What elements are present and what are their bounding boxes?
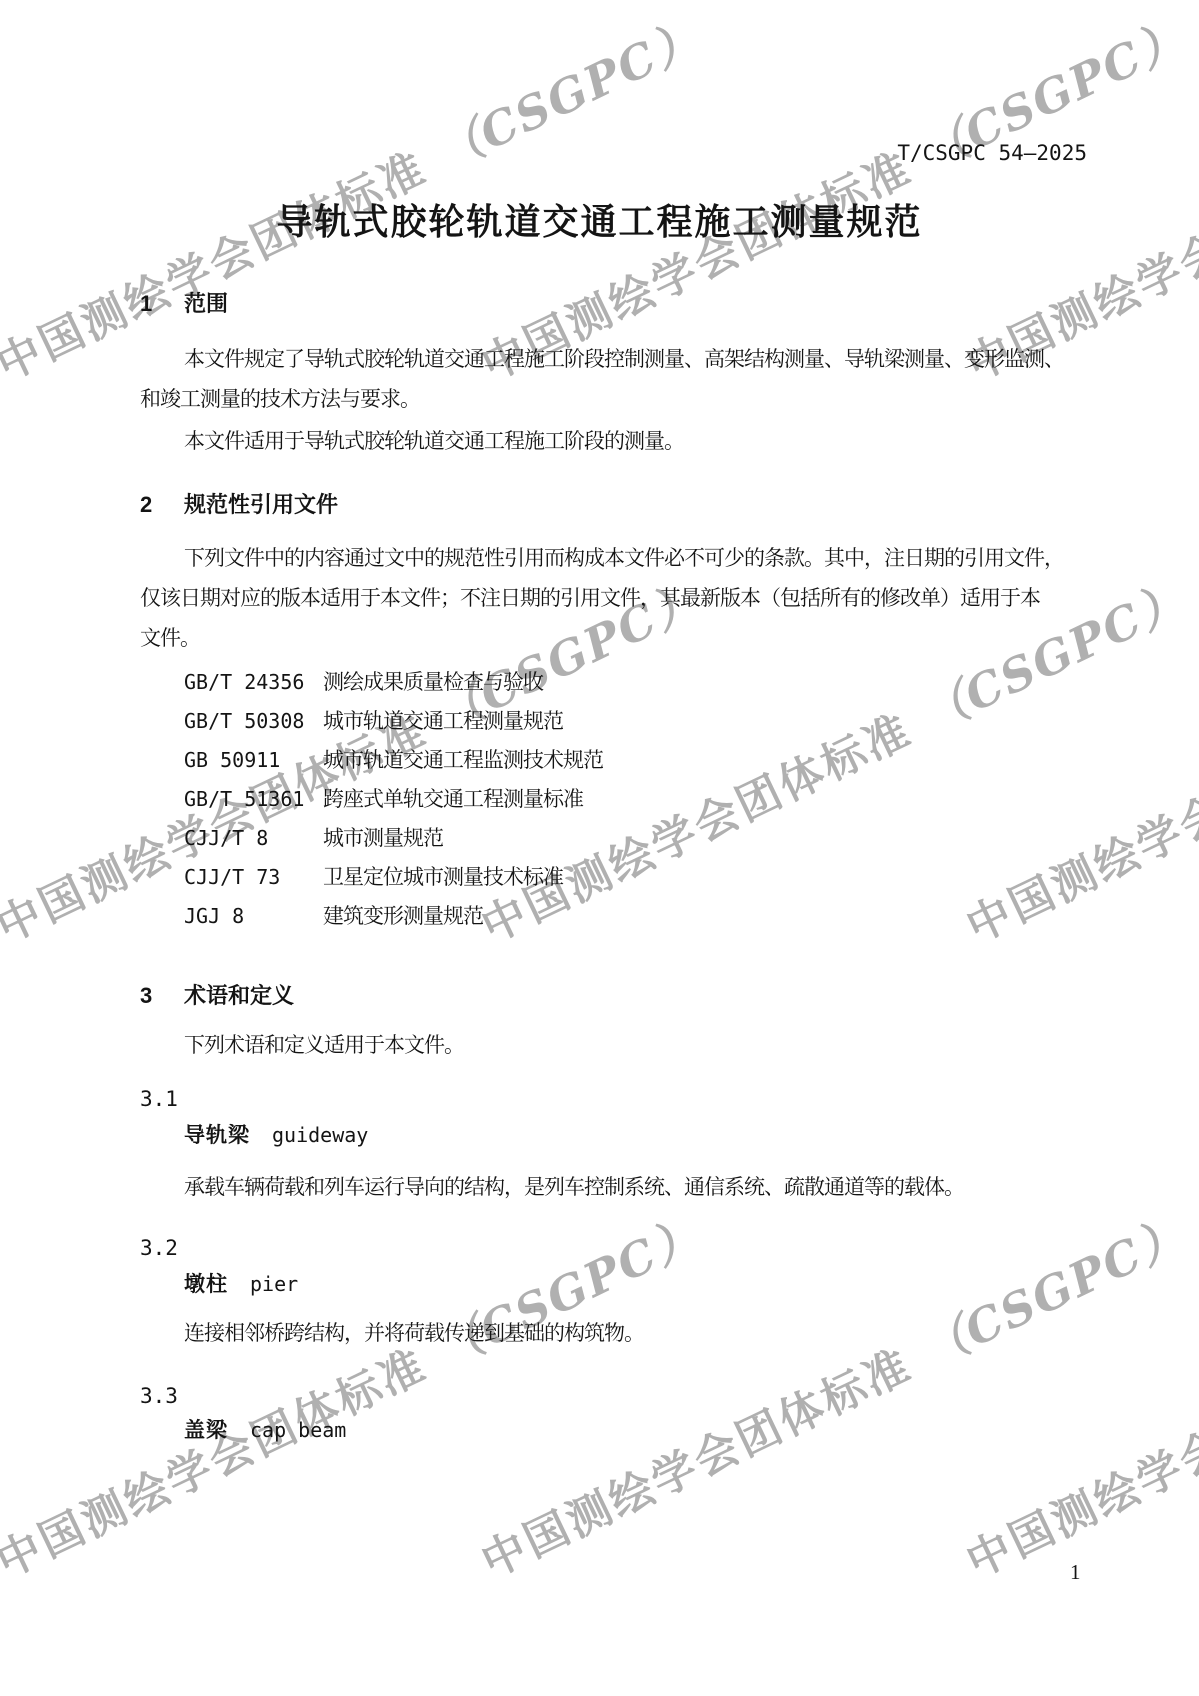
references-paragraph-line: 下列文件中的内容通过文中的规范性引用而构成本文件必不可少的条款。其中，注日期的引…: [184, 548, 1064, 569]
reference-code: GB/T 24356: [184, 672, 323, 692]
scope-paragraph-line: 本文件适用于导轨式胶轮轨道交通工程施工阶段的测量。: [184, 431, 684, 452]
reference-name: 建筑变形测量规范: [323, 904, 483, 928]
reference-name: 卫星定位城市测量技术标准: [323, 865, 563, 889]
reference-code: JGJ 8: [184, 906, 323, 926]
reference-row: GB/T 24356测绘成果质量检查与验收: [184, 672, 543, 693]
term-chinese: 墩柱: [184, 1273, 228, 1296]
reference-name: 城市轨道交通工程测量规范: [323, 709, 563, 733]
section-3-number: 3: [140, 985, 184, 1007]
reference-name: 城市轨道交通工程监测技术规范: [323, 748, 603, 772]
scope-paragraph-line: 和竣工测量的技术方法与要求。: [140, 389, 420, 410]
section-1-heading: 1范围: [140, 293, 228, 315]
term-number: 3.2: [140, 1238, 178, 1259]
reference-row: JGJ 8建筑变形测量规范: [184, 906, 483, 927]
reference-row: CJJ/T 73卫星定位城市测量技术标准: [184, 867, 563, 888]
reference-row: GB/T 51361跨座式单轨交通工程测量标准: [184, 789, 583, 810]
section-2-number: 2: [140, 494, 184, 516]
term-english: guideway: [272, 1123, 368, 1147]
section-2-title: 规范性引用文件: [184, 492, 338, 517]
references-paragraph-line: 文件。: [140, 628, 200, 649]
section-3-heading: 3术语和定义: [140, 985, 294, 1007]
term-number: 3.1: [140, 1089, 178, 1110]
term-entry: 导轨梁guideway: [184, 1125, 368, 1146]
term-chinese: 盖梁: [184, 1419, 228, 1442]
reference-code: CJJ/T 8: [184, 828, 323, 848]
section-2-heading: 2规范性引用文件: [140, 494, 338, 516]
document-title: 导轨式胶轮轨道交通工程施工测量规范: [0, 204, 1199, 240]
section-3-title: 术语和定义: [184, 983, 294, 1008]
reference-name: 跨座式单轨交通工程测量标准: [323, 787, 583, 811]
reference-name: 城市测量规范: [323, 826, 443, 850]
reference-code: GB/T 51361: [184, 789, 323, 809]
section-1-number: 1: [140, 293, 184, 315]
document-content: T/CSGPC 54—2025 导轨式胶轮轨道交通工程施工测量规范 1范围 本文…: [0, 0, 1199, 1696]
term-english: cap beam: [250, 1418, 346, 1442]
section-1-title: 范围: [184, 291, 228, 316]
reference-code: GB 50911: [184, 750, 323, 770]
references-paragraph-line: 仅该日期对应的版本适用于本文件；不注日期的引用文件，其最新版本（包括所有的修改单…: [140, 588, 1040, 609]
term-definition: 承载车辆荷载和列车运行导向的结构，是列车控制系统、通信系统、疏散通道等的载体。: [184, 1177, 964, 1198]
page-number: 1: [1070, 1562, 1081, 1583]
document-page: 中国测绘学会团体标准 （CSGPC）中国测绘学会团体标准 （CSGPC）中国测绘…: [0, 0, 1199, 1696]
reference-row: GB/T 50308城市轨道交通工程测量规范: [184, 711, 563, 732]
reference-row: CJJ/T 8城市测量规范: [184, 828, 443, 849]
term-chinese: 导轨梁: [184, 1124, 250, 1147]
term-definition: 连接相邻桥跨结构，并将荷载传递到基础的构筑物。: [184, 1323, 644, 1344]
term-entry: 盖梁cap beam: [184, 1420, 346, 1441]
reference-row: GB 50911城市轨道交通工程监测技术规范: [184, 750, 603, 771]
reference-name: 测绘成果质量检查与验收: [323, 670, 543, 694]
reference-code: GB/T 50308: [184, 711, 323, 731]
standard-number: T/CSGPC 54—2025: [897, 143, 1087, 164]
term-english: pier: [250, 1272, 298, 1296]
term-entry: 墩柱pier: [184, 1274, 298, 1295]
reference-code: CJJ/T 73: [184, 867, 323, 887]
terms-intro: 下列术语和定义适用于本文件。: [184, 1035, 464, 1056]
scope-paragraph-line: 本文件规定了导轨式胶轮轨道交通工程施工阶段控制测量、高架结构测量、导轨梁测量、变…: [184, 349, 1064, 370]
term-number: 3.3: [140, 1386, 178, 1407]
